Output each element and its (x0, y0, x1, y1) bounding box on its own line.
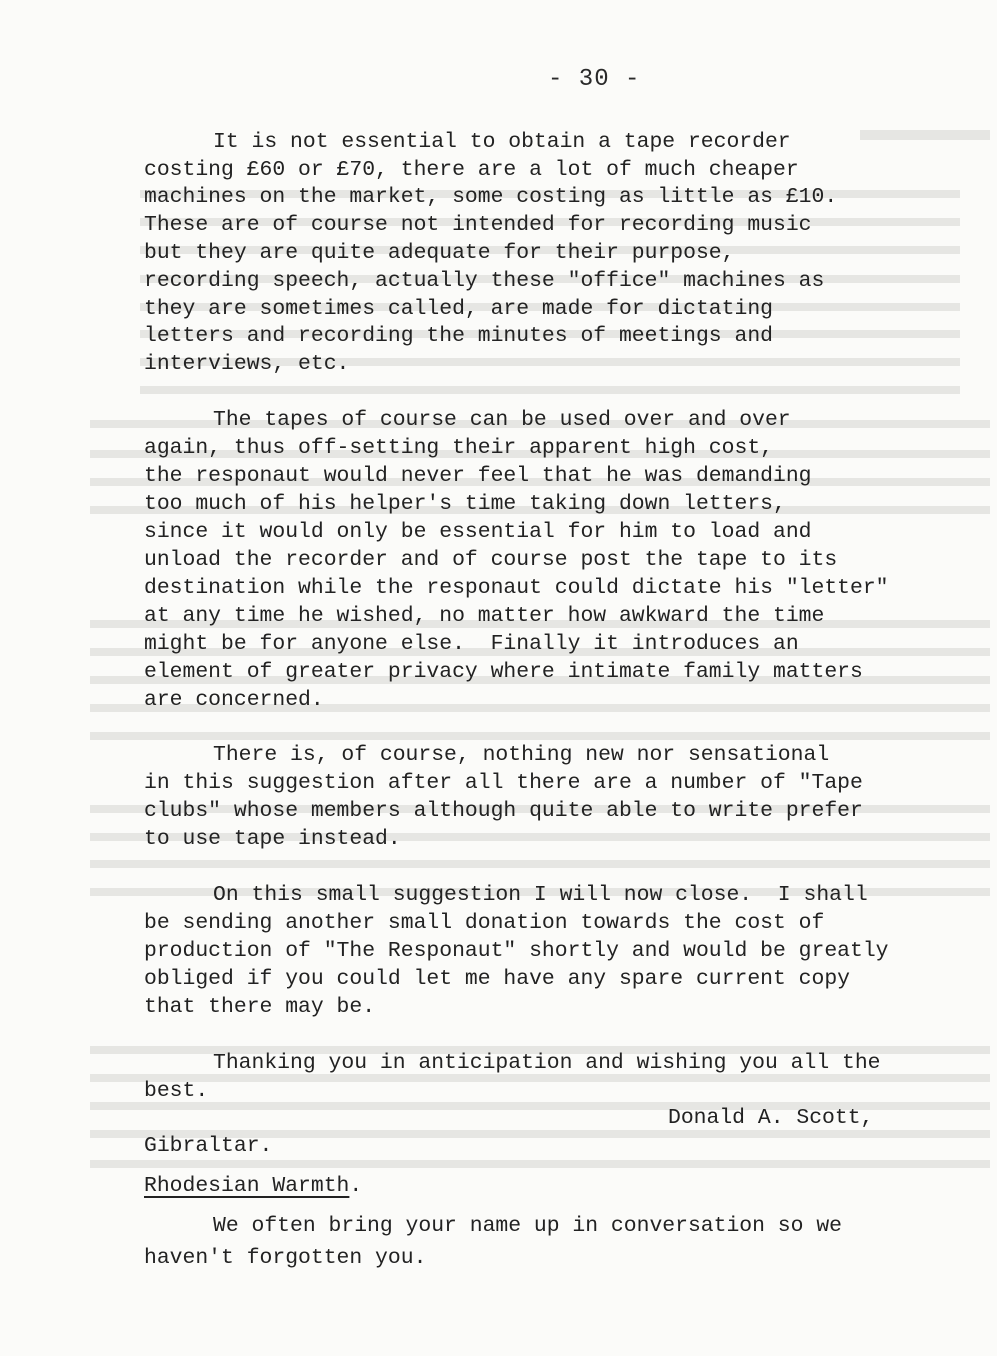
text-line: recording speech, actually these "office… (144, 267, 824, 295)
text-line: to use tape instead. (144, 825, 401, 853)
text-line: they are sometimes called, are made for … (144, 295, 773, 323)
text-line: We often bring your name up in conversat… (213, 1212, 842, 1240)
section-heading: Rhodesian Warmth. (144, 1172, 362, 1200)
text-line: that there may be. (144, 993, 375, 1021)
text-line: since it would only be essential for him… (144, 518, 812, 546)
signature-place: Gibraltar. (144, 1132, 272, 1160)
text-line: at any time he wished, no matter how awk… (144, 602, 824, 630)
text-line: obliged if you could let me have any spa… (144, 965, 850, 993)
text-line: interviews, etc. (144, 350, 349, 378)
section-heading-period: . (349, 1174, 362, 1198)
page-number: - 30 - (548, 66, 640, 93)
text-line: too much of his helper's time taking dow… (144, 490, 786, 518)
text-line: haven't forgotten you. (144, 1244, 426, 1272)
text-line: but they are quite adequate for their pu… (144, 239, 734, 267)
text-line: in this suggestion after all there are a… (144, 769, 863, 797)
text-line: production of "The Responaut" shortly an… (144, 937, 889, 965)
signature-name: Donald A. Scott, (668, 1104, 873, 1132)
text-line: the responaut would never feel that he w… (144, 462, 812, 490)
text-line: destination while the responaut could di… (144, 574, 889, 602)
text-line: clubs" whose members although quite able… (144, 797, 863, 825)
text-line: are concerned. (144, 686, 324, 714)
text-line: element of greater privacy where intimat… (144, 658, 863, 686)
text-line: again, thus off-setting their apparent h… (144, 434, 773, 462)
text-line: costing £60 or £70, there are a lot of m… (144, 156, 799, 184)
text-line: The tapes of course can be used over and… (213, 406, 791, 434)
text-line: best. (144, 1077, 208, 1105)
text-line: There is, of course, nothing new nor sen… (213, 741, 829, 769)
text-line: Thanking you in anticipation and wishing… (213, 1049, 881, 1077)
text-line: letters and recording the minutes of mee… (144, 322, 773, 350)
text-line: These are of course not intended for rec… (144, 211, 812, 239)
text-line: unload the recorder and of course post t… (144, 546, 837, 574)
text-line: It is not essential to obtain a tape rec… (213, 128, 791, 156)
text-line: On this small suggestion I will now clos… (213, 881, 868, 909)
section-heading-text: Rhodesian Warmth (144, 1174, 349, 1198)
text-line: be sending another small donation toward… (144, 909, 824, 937)
text-line: might be for anyone else. Finally it int… (144, 630, 799, 658)
text-line: machines on the market, some costing as … (144, 183, 837, 211)
